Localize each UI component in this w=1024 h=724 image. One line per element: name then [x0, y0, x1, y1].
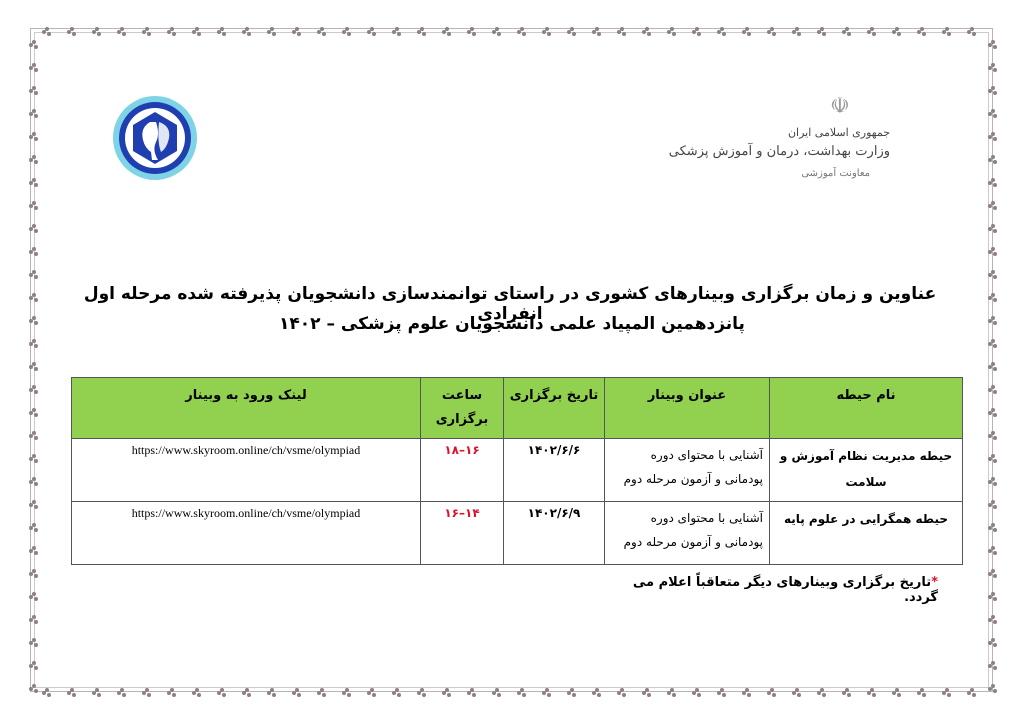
- ornament-icon: [988, 615, 997, 624]
- ornament-icon: [767, 27, 776, 36]
- ornament-icon: [367, 27, 376, 36]
- ornament-icon: [29, 362, 38, 371]
- ornament-icon: [988, 63, 997, 72]
- ornament-icon: [29, 155, 38, 164]
- ornament-icon: [988, 385, 997, 394]
- ornament-icon: [617, 27, 626, 36]
- ornament-icon: [29, 569, 38, 578]
- footnote: *تاریخ برگزاری وبینارهای دیگر متعاقباً ا…: [600, 575, 938, 605]
- ornament-icon: [667, 688, 676, 697]
- ornament-icon: [742, 27, 751, 36]
- ornament-icon: [988, 546, 997, 555]
- ornament-icon: [988, 224, 997, 233]
- ornament-icon: [42, 27, 51, 36]
- ornament-icon: [242, 688, 251, 697]
- ornament-icon: [988, 155, 997, 164]
- ornament-icon: [988, 638, 997, 647]
- ornament-icon: [988, 293, 997, 302]
- ornament-icon: [29, 454, 38, 463]
- ornament-icon: [29, 201, 38, 210]
- ornament-icon: [988, 109, 997, 118]
- ornament-icon: [29, 477, 38, 486]
- ornament-icon: [117, 27, 126, 36]
- ornament-icon: [29, 224, 38, 233]
- ornament-icon: [842, 27, 851, 36]
- field-cell: حیطه مدیریت نظام آموزش و سلامت: [770, 439, 963, 502]
- ornament-icon: [29, 270, 38, 279]
- webinar-link[interactable]: https://www.skyroom.online/ch/vsme/olymp…: [72, 439, 421, 502]
- ornament-icon: [517, 688, 526, 697]
- ornament-icon: [988, 684, 997, 693]
- ornament-icon: [942, 27, 951, 36]
- ornament-icon: [29, 408, 38, 417]
- ornament-icon: [988, 362, 997, 371]
- star-icon: *: [931, 575, 938, 590]
- ornament-icon: [667, 27, 676, 36]
- column-header-link: لینک ورود به وبینار: [72, 378, 421, 439]
- column-header-date: تاریخ برگزاری: [504, 378, 605, 439]
- document-title-line-2: پانزدهمین المپیاد علمی دانشجویان علوم پز…: [0, 314, 1024, 334]
- ornament-icon: [567, 688, 576, 697]
- ornament-icon: [988, 247, 997, 256]
- ornament-icon: [988, 523, 997, 532]
- field-cell: حیطه همگرایی در علوم پایه: [770, 502, 963, 565]
- ornament-icon: [988, 339, 997, 348]
- ornament-icon: [467, 27, 476, 36]
- ornament-icon: [492, 688, 501, 697]
- ornament-icon: [967, 688, 976, 697]
- ornament-icon: [217, 27, 226, 36]
- ornament-icon: [467, 688, 476, 697]
- ornament-icon: [988, 86, 997, 95]
- ornament-icon: [988, 661, 997, 670]
- ornament-icon: [988, 178, 997, 187]
- ornament-icon: [29, 247, 38, 256]
- ornament-icon: [29, 385, 38, 394]
- ornament-icon: [892, 688, 901, 697]
- ornament-icon: [29, 523, 38, 532]
- ornament-icon: [29, 40, 38, 49]
- ornament-icon: [142, 27, 151, 36]
- ministry-of-health-logo: ☫ جمهوری اسلامی ایران وزارت بهداشت، درما…: [770, 92, 900, 192]
- date-cell: ۱۴۰۲/۶/۹: [504, 502, 605, 565]
- gov-line-2: وزارت بهداشت، درمان و آموزش پزشکی: [669, 144, 890, 159]
- ornament-icon: [92, 688, 101, 697]
- ornament-icon: [988, 270, 997, 279]
- ornament-icon: [29, 592, 38, 601]
- ornament-icon: [567, 27, 576, 36]
- ornament-icon: [692, 688, 701, 697]
- ornament-icon: [167, 688, 176, 697]
- ornament-icon: [988, 132, 997, 141]
- ornament-icon: [192, 688, 201, 697]
- ornament-icon: [317, 27, 326, 36]
- ornament-icon: [92, 27, 101, 36]
- ornament-icon: [367, 688, 376, 697]
- ornament-icon: [67, 688, 76, 697]
- ornament-icon: [988, 201, 997, 210]
- table-row: حیطه مدیریت نظام آموزش و سلامت آشنایی با…: [72, 439, 963, 502]
- ornament-icon: [742, 688, 751, 697]
- ornament-icon: [717, 27, 726, 36]
- ornament-icon: [29, 638, 38, 647]
- ornament-icon: [592, 688, 601, 697]
- ornament-icon: [29, 132, 38, 141]
- ornament-icon: [592, 27, 601, 36]
- footnote-text: تاریخ برگزاری وبینارهای دیگر متعاقباً اع…: [633, 575, 938, 605]
- ornament-icon: [792, 688, 801, 697]
- webinar-schedule-table: نام حیطه عنوان وبینار تاریخ برگزاری ساعت…: [71, 377, 963, 565]
- ornament-icon: [917, 688, 926, 697]
- table-header-row: نام حیطه عنوان وبینار تاریخ برگزاری ساعت…: [72, 378, 963, 439]
- ornament-icon: [29, 615, 38, 624]
- ornament-icon: [417, 27, 426, 36]
- ornament-icon: [442, 688, 451, 697]
- ornament-icon: [942, 688, 951, 697]
- column-header-time: ساعت برگزاری: [421, 378, 504, 439]
- column-header-webinar-title: عنوان وبینار: [605, 378, 770, 439]
- ornament-icon: [192, 27, 201, 36]
- webinar-link[interactable]: https://www.skyroom.online/ch/vsme/olymp…: [72, 502, 421, 565]
- ornament-icon: [342, 688, 351, 697]
- ornament-icon: [867, 27, 876, 36]
- ornament-icon: [292, 688, 301, 697]
- ornament-icon: [142, 688, 151, 697]
- ornament-icon: [29, 661, 38, 670]
- ornament-icon: [29, 339, 38, 348]
- ornament-icon: [292, 27, 301, 36]
- ornament-icon: [817, 688, 826, 697]
- ornament-icon: [29, 431, 38, 440]
- ornament-icon: [892, 27, 901, 36]
- ornament-icon: [167, 27, 176, 36]
- ornament-icon: [242, 27, 251, 36]
- date-cell: ۱۴۰۲/۶/۶: [504, 439, 605, 502]
- ornament-icon: [29, 546, 38, 555]
- iran-emblem-icon: ☫: [830, 94, 850, 119]
- ornament-icon: [267, 27, 276, 36]
- ornament-icon: [988, 592, 997, 601]
- ornament-icon: [29, 86, 38, 95]
- ornament-icon: [867, 688, 876, 697]
- ornament-icon: [617, 688, 626, 697]
- ornament-icon: [317, 688, 326, 697]
- ornament-icon: [342, 27, 351, 36]
- webinar-title-cell: آشنایی با محتوای دوره پودمانی و آزمون مر…: [605, 502, 770, 565]
- ornament-icon: [642, 688, 651, 697]
- ornament-icon: [217, 688, 226, 697]
- time-cell: ۱۴–۱۶: [421, 502, 504, 565]
- ornament-icon: [542, 27, 551, 36]
- ornament-icon: [542, 688, 551, 697]
- ornament-icon: [988, 454, 997, 463]
- ornament-icon: [517, 27, 526, 36]
- ornament-icon: [792, 27, 801, 36]
- ornament-icon: [417, 688, 426, 697]
- ornament-icon: [988, 40, 997, 49]
- ornament-icon: [29, 63, 38, 72]
- student-association-logo-icon: [103, 92, 208, 184]
- ornament-icon: [988, 408, 997, 417]
- ornament-icon: [842, 688, 851, 697]
- ornament-icon: [67, 27, 76, 36]
- ornament-icon: [29, 178, 38, 187]
- time-cell: ۱۶–۱۸: [421, 439, 504, 502]
- ornament-icon: [692, 27, 701, 36]
- ornament-icon: [717, 688, 726, 697]
- ornament-icon: [988, 569, 997, 578]
- ornament-icon: [642, 27, 651, 36]
- ornament-icon: [29, 109, 38, 118]
- ornament-icon: [967, 27, 976, 36]
- ornament-icon: [29, 684, 38, 693]
- ornament-icon: [442, 27, 451, 36]
- table-row: حیطه همگرایی در علوم پایه آشنایی با محتو…: [72, 502, 963, 565]
- ornament-icon: [392, 27, 401, 36]
- ornament-icon: [267, 688, 276, 697]
- ornament-icon: [42, 688, 51, 697]
- column-header-field: نام حیطه: [770, 378, 963, 439]
- ornament-icon: [492, 27, 501, 36]
- ornament-icon: [917, 27, 926, 36]
- ornament-icon: [29, 293, 38, 302]
- ornament-icon: [817, 27, 826, 36]
- gov-line-1: جمهوری اسلامی ایران: [788, 126, 890, 139]
- ornament-icon: [392, 688, 401, 697]
- webinar-title-cell: آشنایی با محتوای دوره پودمانی و آزمون مر…: [605, 439, 770, 502]
- ornament-icon: [117, 688, 126, 697]
- ornament-icon: [29, 500, 38, 509]
- ornament-icon: [988, 500, 997, 509]
- gov-line-3: معاونت آموزشی: [801, 168, 870, 179]
- ornament-icon: [988, 431, 997, 440]
- ornament-icon: [767, 688, 776, 697]
- ornament-icon: [988, 477, 997, 486]
